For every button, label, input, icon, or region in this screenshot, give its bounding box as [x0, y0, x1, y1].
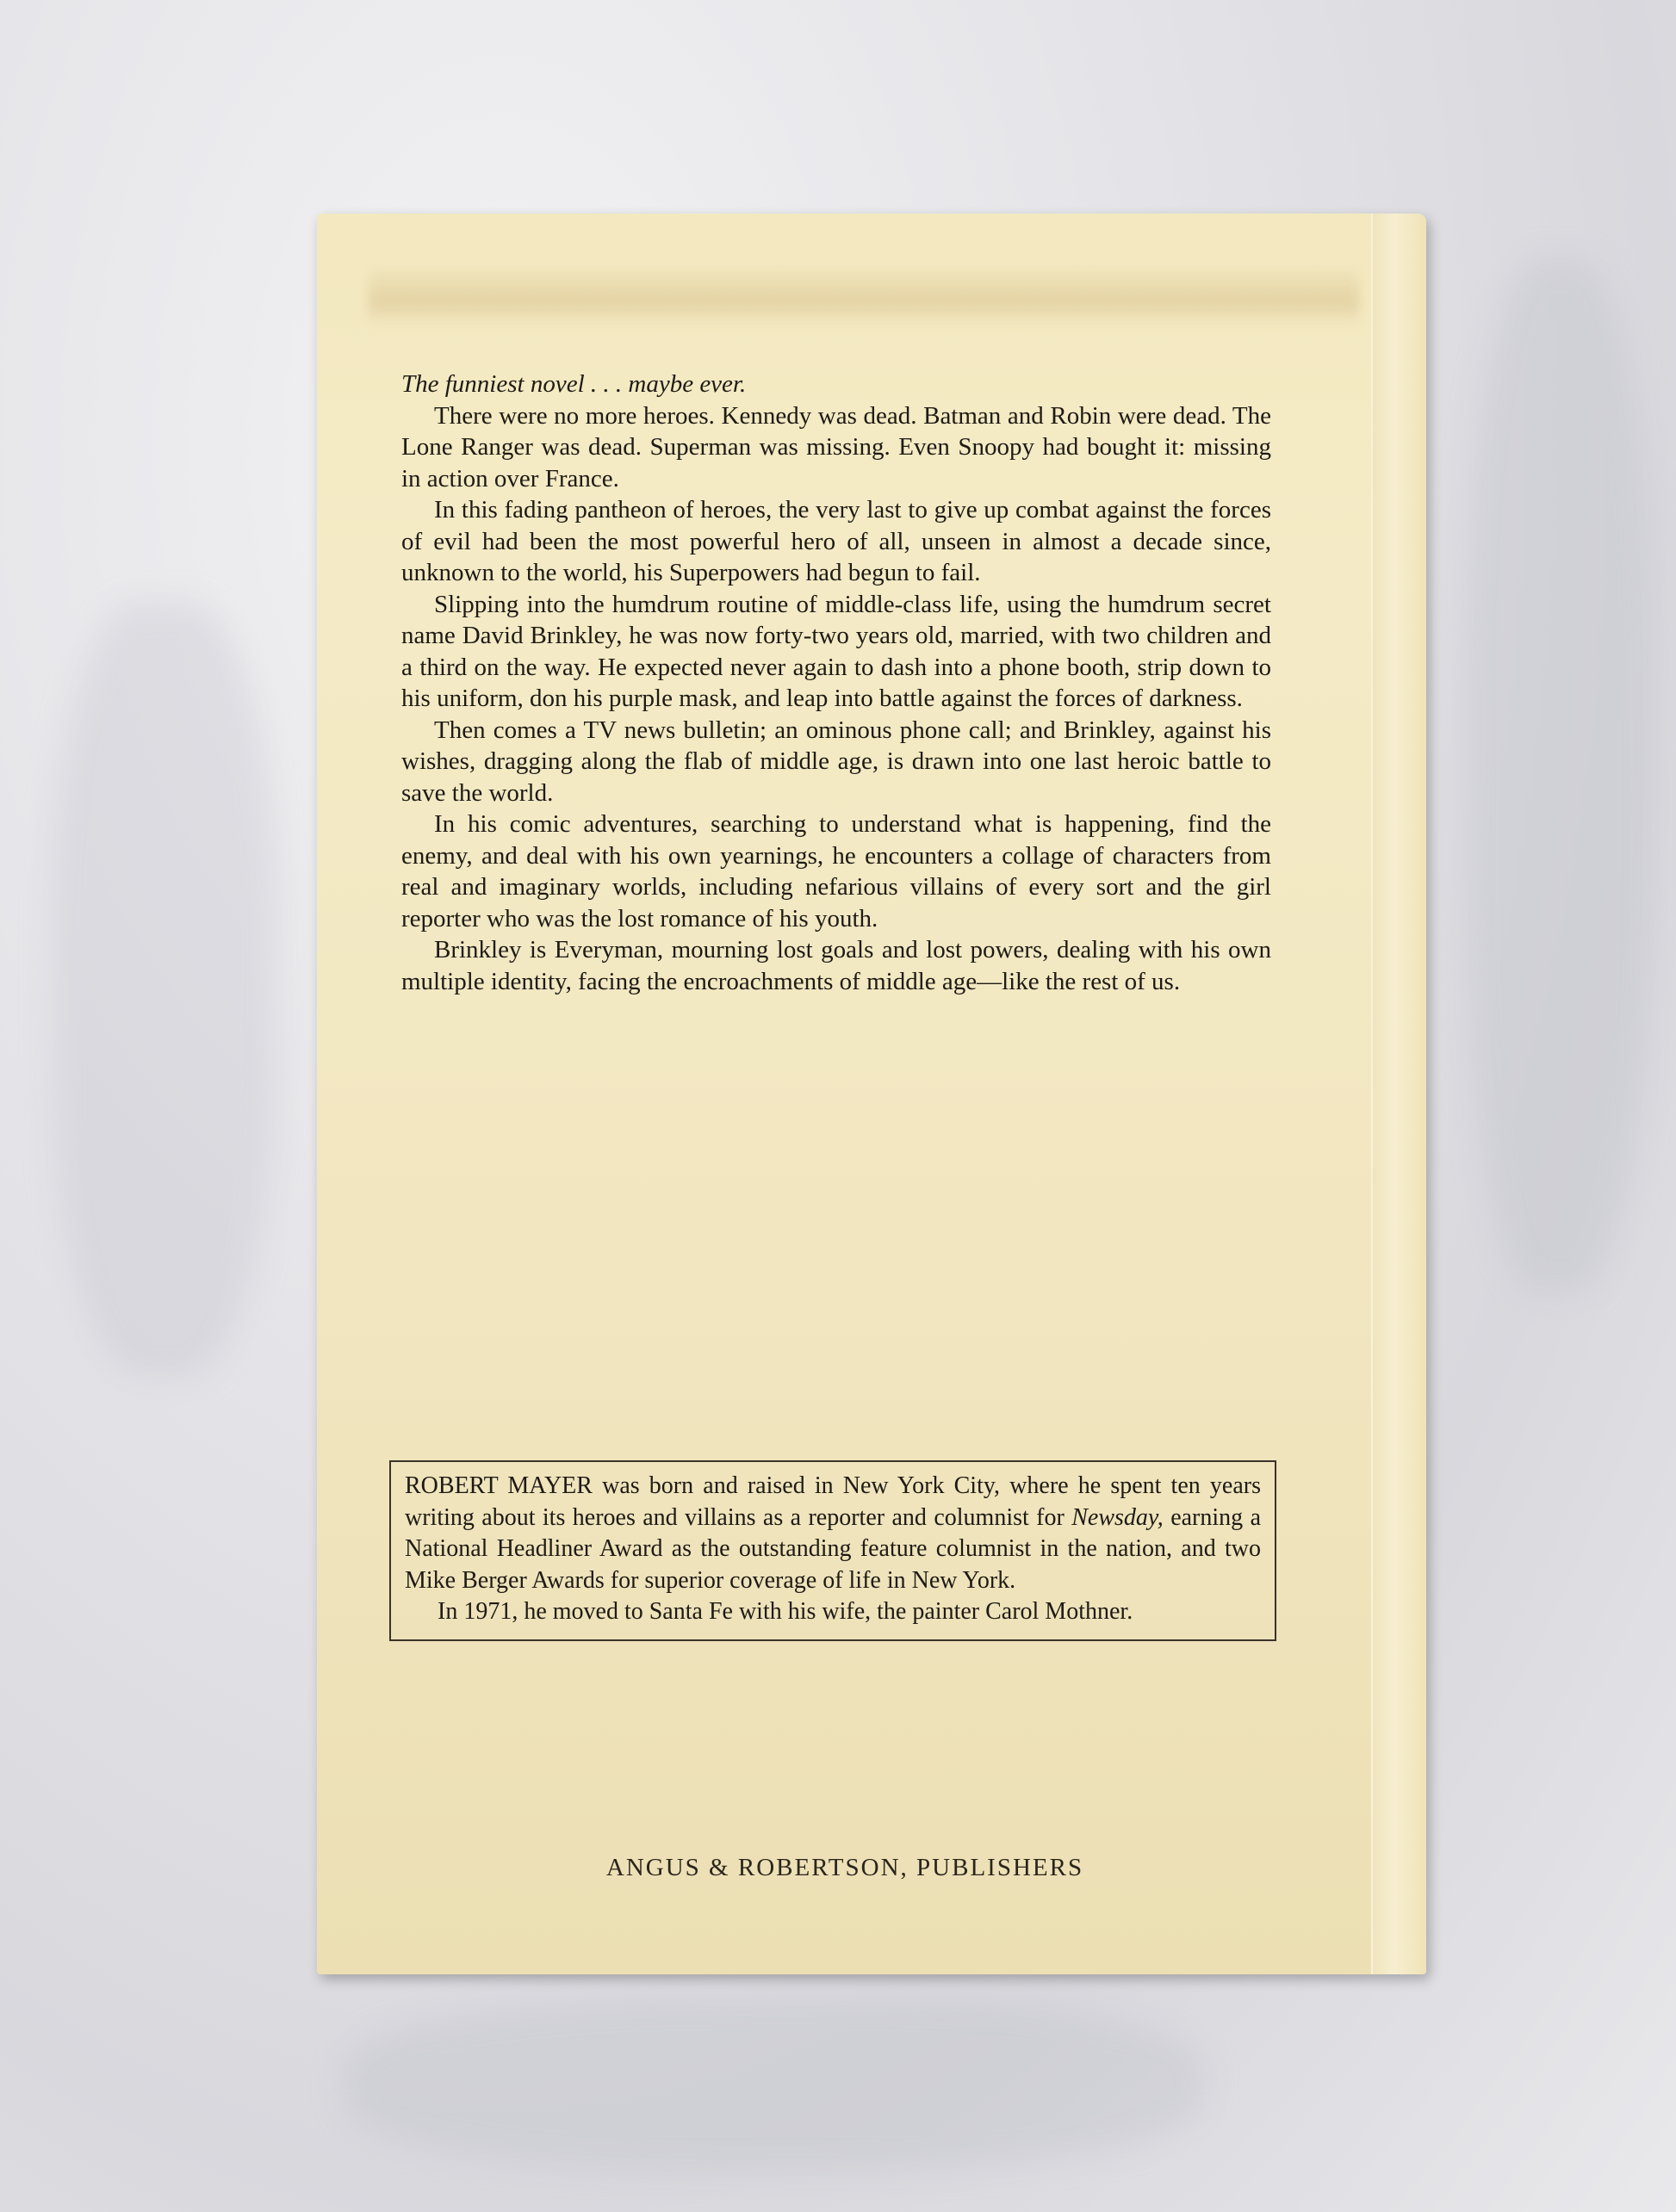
book-spine-edge — [1371, 214, 1426, 1974]
blurb-paragraph: Brinkley is Everyman, mourning lost goal… — [401, 934, 1271, 997]
fabric-fold — [345, 1998, 1206, 2170]
fabric-fold — [1464, 258, 1654, 1292]
newspaper-name: Newsday, — [1071, 1504, 1164, 1531]
blurb-paragraph: In his comic adventures, searching to un… — [401, 809, 1271, 934]
blurb-paragraph: Then comes a TV news bulletin; an ominou… — [401, 715, 1271, 809]
book-back-cover: The funniest novel . . . maybe ever. The… — [317, 214, 1426, 1974]
water-stain — [369, 265, 1359, 325]
blurb-paragraph: There were no more heroes. Kennedy was d… — [401, 400, 1271, 495]
publisher-imprint: ANGUS & ROBERTSON, PUBLISHERS — [317, 1854, 1373, 1882]
fabric-fold — [52, 603, 276, 1378]
blurb-paragraph: Slipping into the humdrum routine of mid… — [401, 589, 1271, 715]
author-bio-paragraph: ROBERT MAYER was born and raised in New … — [405, 1471, 1261, 1596]
author-name: ROBERT MAYER — [405, 1472, 593, 1499]
blurb-paragraph: In this fading pantheon of heroes, the v… — [401, 494, 1271, 589]
author-bio-box: ROBERT MAYER was born and raised in New … — [389, 1460, 1276, 1641]
tagline: The funniest novel . . . maybe ever. — [401, 369, 1271, 400]
author-bio-paragraph: In 1971, he moved to Santa Fe with his w… — [405, 1596, 1261, 1628]
blurb-text: The funniest novel . . . maybe ever. The… — [401, 369, 1271, 997]
